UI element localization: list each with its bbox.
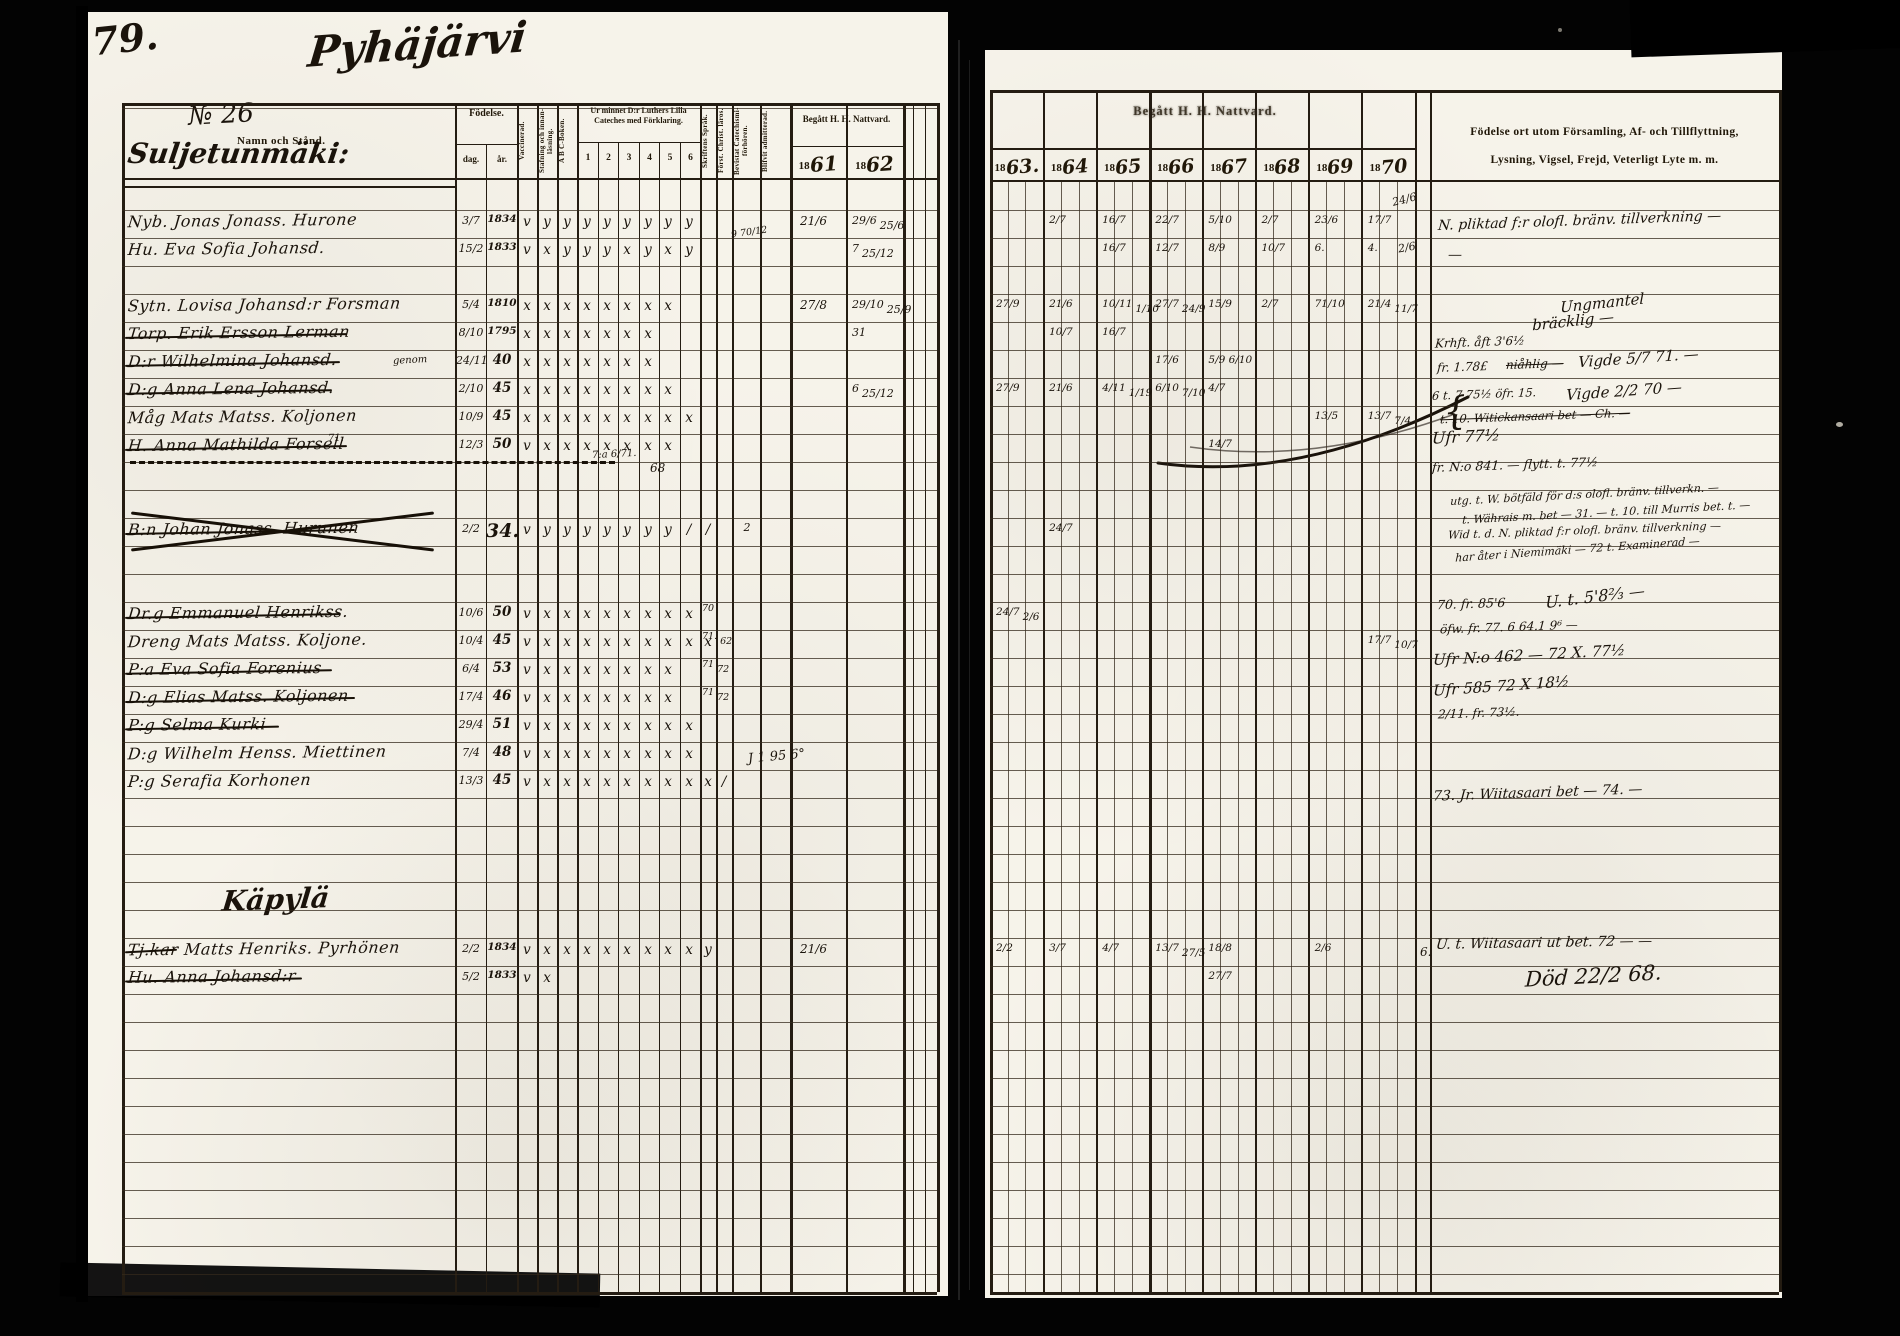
exam-mark: x [660, 776, 676, 790]
exam-mark: x [619, 944, 635, 958]
exam-mark: x [599, 328, 615, 342]
entry-name: D:g Wilhelm Henss. Miettinen [127, 744, 387, 763]
exam-mark: x [660, 300, 676, 314]
exam-mark: x [640, 636, 656, 650]
stray-mark: 71.62 [702, 632, 732, 642]
exam-mark: x [559, 356, 575, 370]
grid-line [990, 714, 1779, 715]
exam-mark: x [640, 944, 656, 958]
year-printed: 18 [1263, 162, 1274, 174]
grid-line [122, 490, 937, 491]
communion-date: 25/12 [862, 248, 894, 259]
exam-mark: x [619, 608, 635, 622]
entry-name: P:g Selma Kurki [127, 716, 267, 733]
exam-mark: x [599, 720, 615, 734]
exam-mark: x [619, 412, 635, 426]
exam-mark: y [640, 244, 656, 258]
communion-date: 7 [852, 243, 859, 254]
birth-day: 10/9 [456, 411, 486, 422]
stray-mark: genom [393, 355, 428, 367]
exam-mark: x [559, 608, 575, 622]
communion-entry: 725/12 [852, 243, 894, 254]
exam-mark: x [559, 776, 575, 790]
communion-date: 10/7 [1049, 327, 1073, 338]
communion-entry: 2/6 [1315, 943, 1332, 954]
grid-line [990, 322, 1779, 323]
birth-day: 5/4 [456, 299, 486, 310]
village-heading-2: Käpylä [221, 884, 331, 916]
birth-year: 1810 [486, 298, 518, 309]
communion-entry: 13/727/5 [1155, 943, 1205, 954]
birth-year: 45 [486, 634, 518, 648]
exam-mark: y [640, 524, 656, 538]
page-number: 79. [90, 17, 160, 62]
exam-mark: x [559, 692, 575, 706]
exam-mark: x [579, 692, 595, 706]
exam-mark: x [640, 720, 656, 734]
communion-date: 27/9 [996, 383, 1020, 394]
birth-day: 6/4 [456, 663, 486, 674]
exam-mark: v [519, 636, 535, 650]
communion-date: 11/7 [1394, 304, 1418, 315]
communion-date: 2/6 [1315, 943, 1332, 954]
grid-line [925, 103, 926, 1292]
communion-entry: 21/6 [800, 215, 827, 227]
exam-mark: x [681, 720, 697, 734]
grid-line [122, 103, 125, 1292]
scan-edge-smudge [1629, 0, 1900, 57]
exam-mark: x [619, 636, 635, 650]
year-handwritten: 61 [809, 151, 838, 177]
catechism-col-header: 2 [599, 153, 619, 163]
exam-mark: x [681, 608, 697, 622]
exam-mark: x [619, 720, 635, 734]
exam-mark: x [599, 300, 615, 314]
grid-line [990, 826, 1779, 827]
exam-mark: x [660, 664, 676, 678]
grid-line [990, 994, 1779, 995]
communion-entry: 18/8 [1208, 943, 1232, 954]
exam-mark: v [519, 664, 535, 678]
communion-date: 7/10 [1182, 388, 1206, 399]
exam-mark: x [640, 664, 656, 678]
exam-mark: x [619, 776, 635, 790]
grid-line [990, 1190, 1779, 1191]
exam-mark: x [539, 412, 555, 426]
birth-year: 48 [486, 746, 518, 760]
exam-mark: x [660, 944, 676, 958]
grid-line [1043, 90, 1045, 1292]
exam-mark: x [640, 440, 656, 454]
communion-entry: 10/7 [1049, 327, 1073, 338]
communion-date: 14/7 [1208, 439, 1232, 450]
grid-line [122, 854, 937, 855]
exam-mark: x [640, 608, 656, 622]
year-printed: 18 [1370, 162, 1381, 174]
communion-header-right: Begått H. H. Nattvard. [990, 104, 1420, 119]
communion-date: 12/7 [1155, 243, 1179, 254]
communion-date: 13/7 [1155, 943, 1179, 954]
communion-entry: 2/7 [1262, 299, 1279, 310]
communion-date: 1/19 [1129, 388, 1153, 399]
communion-date: 16/7 [1102, 327, 1126, 338]
grid-line [122, 266, 937, 267]
grid-line [990, 266, 1779, 267]
birth-year: 45 [486, 382, 518, 396]
exam-mark: x [519, 328, 535, 342]
catechism-col-header: 4 [640, 153, 660, 163]
exam-mark: y [579, 524, 595, 538]
exam-mark: x [619, 748, 635, 762]
birth-year: 1834 [486, 214, 518, 225]
exam-mark: x [619, 300, 635, 314]
scan-edge-smudge [76, 6, 88, 1302]
grid-line [122, 546, 937, 547]
communion-entry: 16/7 [1102, 243, 1126, 254]
exam-mark: v [519, 776, 535, 790]
year-printed: 18 [1210, 162, 1221, 174]
grid-line [1114, 180, 1115, 1292]
communion-entry: 625/12 [852, 383, 894, 394]
communion-entry: 13/77/4 [1368, 411, 1412, 422]
communion-date: 62 [720, 637, 732, 647]
birth-day-header: dag. [456, 154, 486, 164]
exam-mark: x [539, 440, 555, 454]
grid-line [990, 1134, 1779, 1135]
grid-line [1361, 90, 1363, 1292]
birth-day: 12/3 [456, 439, 486, 450]
communion-entry: 12/7 [1155, 243, 1179, 254]
column-header: Blifvit admitterad. [761, 106, 789, 176]
grid-line [122, 1190, 937, 1191]
exam-mark: y [599, 524, 615, 538]
communion-date: 10/7 [1394, 640, 1418, 651]
notes-header-line1: Födelse ort utom Församling, Af- och Til… [1430, 126, 1779, 138]
binding-line [969, 60, 970, 1290]
grid-line [1220, 180, 1221, 1292]
communion-date: 71 [702, 660, 714, 670]
communion-date: 72 [717, 693, 729, 703]
birth-year: 50 [486, 438, 518, 452]
communion-entry: 22/7 [1155, 215, 1179, 226]
exam-mark: x [640, 384, 656, 398]
grid-line [577, 142, 700, 143]
exam-mark: v [519, 972, 535, 986]
grid-line [1202, 90, 1204, 1292]
grid-line [990, 1078, 1779, 1079]
communion-date: 25/6 [880, 220, 905, 231]
exam-mark: x [619, 384, 635, 398]
village-heading: Suljetunmäki: [126, 140, 351, 168]
birth-day: 13/3 [456, 775, 486, 786]
exam-mark: x [539, 356, 555, 370]
exam-mark: x [539, 244, 555, 258]
exam-mark: x [539, 944, 555, 958]
exam-mark: x [599, 608, 615, 622]
communion-entry: 4/7 [1102, 943, 1119, 954]
exam-mark: x [519, 384, 535, 398]
grid-line [1415, 90, 1417, 1292]
exam-mark: x [539, 776, 555, 790]
stray-mark: { [1441, 391, 1469, 431]
exam-mark: x [539, 748, 555, 762]
communion-date: 27/7 [1155, 299, 1179, 310]
year-printed: 18 [1157, 162, 1168, 174]
catechism-col-header: 5 [660, 153, 680, 163]
communion-entry: 27/7 [1208, 971, 1232, 982]
communion-date: 15/9 [1208, 299, 1232, 310]
communion-entry: 5/10 [1208, 215, 1232, 226]
margin-note: fr. 1.78£ [1437, 360, 1489, 374]
grid-line [846, 103, 848, 1292]
communion-entry: 31 [852, 327, 866, 338]
exam-mark: x [660, 244, 676, 258]
grid-line [1430, 90, 1432, 1292]
exam-mark: x [559, 300, 575, 314]
communion-entry: 16/7 [1102, 327, 1126, 338]
exam-mark: x [539, 664, 555, 678]
grid-line [122, 574, 937, 575]
communion-date: 21/4 [1368, 299, 1392, 310]
grid-line [1167, 180, 1168, 1292]
grid-line [990, 1162, 1779, 1163]
birth-year-header: år. [487, 154, 517, 164]
scan-speck [1558, 28, 1562, 32]
entry-name: Dreng Mats Matss. Koljone. [127, 632, 368, 651]
communion-date: 21/6 [800, 215, 827, 227]
grid-line [990, 630, 1779, 631]
entry-name: Måg Mats Matss. Koljonen [127, 408, 358, 426]
exam-mark: x [599, 944, 615, 958]
exam-mark: x [660, 440, 676, 454]
communion-entry: 2/7 [1049, 215, 1066, 226]
exam-mark: x [519, 300, 535, 314]
grid-line [760, 103, 762, 1292]
year-printed: 18 [995, 162, 1006, 174]
communion-entry: 4/7 [1208, 383, 1225, 394]
exam-mark: x [660, 748, 676, 762]
communion-entry: 29/1025/9 [852, 299, 911, 310]
catechism-col-header: 1 [578, 153, 598, 163]
year-header: 1868 [1256, 154, 1309, 176]
grid-line [122, 1134, 937, 1135]
communion-date: 10/7 [1262, 243, 1286, 254]
communion-date: 10/11 [1102, 299, 1132, 310]
dashed-underline [130, 461, 615, 464]
communion-date: 2/7 [1262, 215, 1279, 226]
exam-mark: x [559, 412, 575, 426]
birth-year: 34. [486, 522, 518, 541]
communion-date: 4/7 [1208, 383, 1225, 394]
grid-line [1273, 180, 1274, 1292]
column-header: Stafning och innan-läsning. [538, 106, 556, 176]
birth-day: 15/2 [456, 243, 486, 254]
exam-mark: x [619, 328, 635, 342]
communion-date: 21/6 [1049, 383, 1073, 394]
exam-mark: x [519, 356, 535, 370]
birth-day: 2/10 [456, 383, 486, 394]
grid-line [1344, 180, 1345, 1292]
communion-entry: 2/2 [996, 943, 1013, 954]
grid-line [1079, 180, 1080, 1292]
grid-line [990, 1292, 1779, 1295]
communion-date: 29/10 [852, 299, 884, 310]
stray-mark: 2/6 [1397, 241, 1416, 255]
birth-header: Födelse. [456, 108, 517, 119]
exam-mark: x [539, 636, 555, 650]
communion-entry: 14/7 [1208, 439, 1232, 450]
exam-mark: x [599, 692, 615, 706]
exam-mark: x [681, 776, 697, 790]
exam-mark: x [579, 636, 595, 650]
communion-date: 7/4 [1394, 416, 1411, 427]
birth-day: 5/2 [456, 971, 486, 982]
exam-mark: x [599, 356, 615, 370]
grid-line [1185, 180, 1186, 1292]
grid-line [790, 146, 903, 147]
column-header: Först. Christ. läros. [717, 106, 731, 176]
year-header: 1865 [1096, 154, 1149, 176]
exam-mark: x [619, 692, 635, 706]
grid-line [990, 1274, 1779, 1275]
exam-mark: / [716, 776, 732, 790]
year-handwritten: 67 [1220, 155, 1248, 179]
year-handwritten: 62 [865, 151, 894, 177]
communion-entry: 27/9 [996, 383, 1020, 394]
exam-mark: x [579, 300, 595, 314]
grid-line [990, 742, 1779, 743]
birth-day: 10/6 [456, 607, 486, 618]
exam-mark: x [619, 356, 635, 370]
year-header: 1863. [990, 154, 1043, 176]
communion-entry: 17/7 [1368, 215, 1392, 226]
exam-mark: x [579, 608, 595, 622]
catechism-col-header: 3 [619, 153, 639, 163]
exam-mark: y [559, 244, 575, 258]
grid-line [122, 1292, 937, 1295]
grid-line [990, 434, 1779, 435]
exam-mark: y [619, 524, 635, 538]
grid-line [122, 882, 937, 883]
exam-mark: x [579, 356, 595, 370]
exam-mark: x [700, 776, 716, 790]
communion-date: 17/6 [1155, 355, 1179, 366]
exam-mark: x [579, 328, 595, 342]
communion-date: 2/7 [1262, 299, 1279, 310]
grid-line [122, 1022, 937, 1023]
stray-mark: 71. [328, 434, 344, 445]
entry-name: Sytn. Lovisa Johansd:r Forsman [127, 296, 401, 315]
grid-line [990, 1050, 1779, 1051]
exam-mark: x [559, 720, 575, 734]
stray-mark: 7172 [702, 660, 729, 670]
exam-mark: x [559, 748, 575, 762]
exam-mark: x [660, 608, 676, 622]
communion-entry: 17/6 [1155, 355, 1179, 366]
grid-line [990, 574, 1779, 575]
grid-line [990, 910, 1779, 911]
birth-year: 45 [486, 410, 518, 424]
column-header: A B C-Boken. [558, 106, 576, 176]
entry-name: Nyb. Jonas Jonass. Hurone [127, 212, 358, 230]
grid-line [990, 938, 1779, 939]
communion-date: 6. [1315, 243, 1325, 254]
grid-line [122, 1106, 937, 1107]
communion-date: 24/7 [1049, 523, 1073, 534]
entry-name: Hu. Eva Sofia Johansd. [127, 240, 325, 258]
communion-date: 2/7 [1049, 215, 1066, 226]
grid-line [990, 90, 1779, 93]
communion-entry: 21/6 [1049, 383, 1073, 394]
exam-mark: v [519, 944, 535, 958]
communion-date: 24/9 [1182, 304, 1206, 315]
exam-mark: x [681, 748, 697, 762]
communion-entry: 4. [1368, 243, 1378, 254]
grid-line [122, 1246, 937, 1247]
exam-mark: y [539, 524, 555, 538]
exam-mark: x [579, 664, 595, 678]
grid-line [990, 462, 1779, 463]
exam-mark: x [559, 664, 575, 678]
column-header: Vaccinerad. [518, 106, 536, 176]
exam-mark: x [539, 692, 555, 706]
communion-date: 21/6 [800, 943, 827, 955]
exam-mark: v [519, 244, 535, 258]
year-printed: 18 [799, 160, 810, 172]
exam-mark: x [539, 972, 555, 986]
communion-date: 71 [702, 688, 714, 698]
grid-line [790, 103, 793, 1292]
communion-entry: 21/411/7 [1368, 299, 1418, 310]
exam-mark: x [619, 244, 635, 258]
year-handwritten: 66 [1167, 155, 1195, 179]
communion-date: 17/7 [1368, 635, 1392, 646]
exam-mark: / [681, 524, 697, 538]
exam-mark: y [619, 216, 635, 230]
communion-date: 71/10 [1315, 299, 1345, 310]
grid-line [1061, 180, 1062, 1292]
grid-line [122, 178, 937, 180]
communion-date: 2/2 [996, 943, 1013, 954]
communion-entry: 17/710/7 [1368, 635, 1418, 646]
communion-entry: 27/724/9 [1155, 299, 1205, 310]
grid-line [122, 186, 455, 188]
grid-line [639, 142, 640, 1292]
communion-entry: 21/6 [1049, 299, 1073, 310]
birth-day: 17/4 [456, 691, 486, 702]
exam-mark: v [519, 748, 535, 762]
year-header: 1869 [1309, 154, 1362, 176]
grid-line [990, 406, 1779, 407]
communion-date: 4/11 [1102, 383, 1126, 394]
grid-line [618, 142, 619, 1292]
grid-line [990, 602, 1779, 603]
stray-mark: 68 [650, 462, 665, 474]
communion-date: 25/12 [862, 388, 894, 399]
exam-mark: v [519, 440, 535, 454]
grid-line [1132, 180, 1133, 1292]
exam-mark: x [640, 748, 656, 762]
catechism-col-header: 6 [681, 153, 701, 163]
communion-date: 3/7 [1049, 943, 1066, 954]
grid-line [659, 142, 660, 1292]
grid-line [122, 994, 937, 995]
communion-entry: 6/107/10 [1155, 383, 1205, 394]
exam-mark: x [599, 776, 615, 790]
exam-mark: x [660, 720, 676, 734]
entry-name: P:g Serafia Korhonen [127, 772, 312, 790]
exam-mark: x [539, 720, 555, 734]
